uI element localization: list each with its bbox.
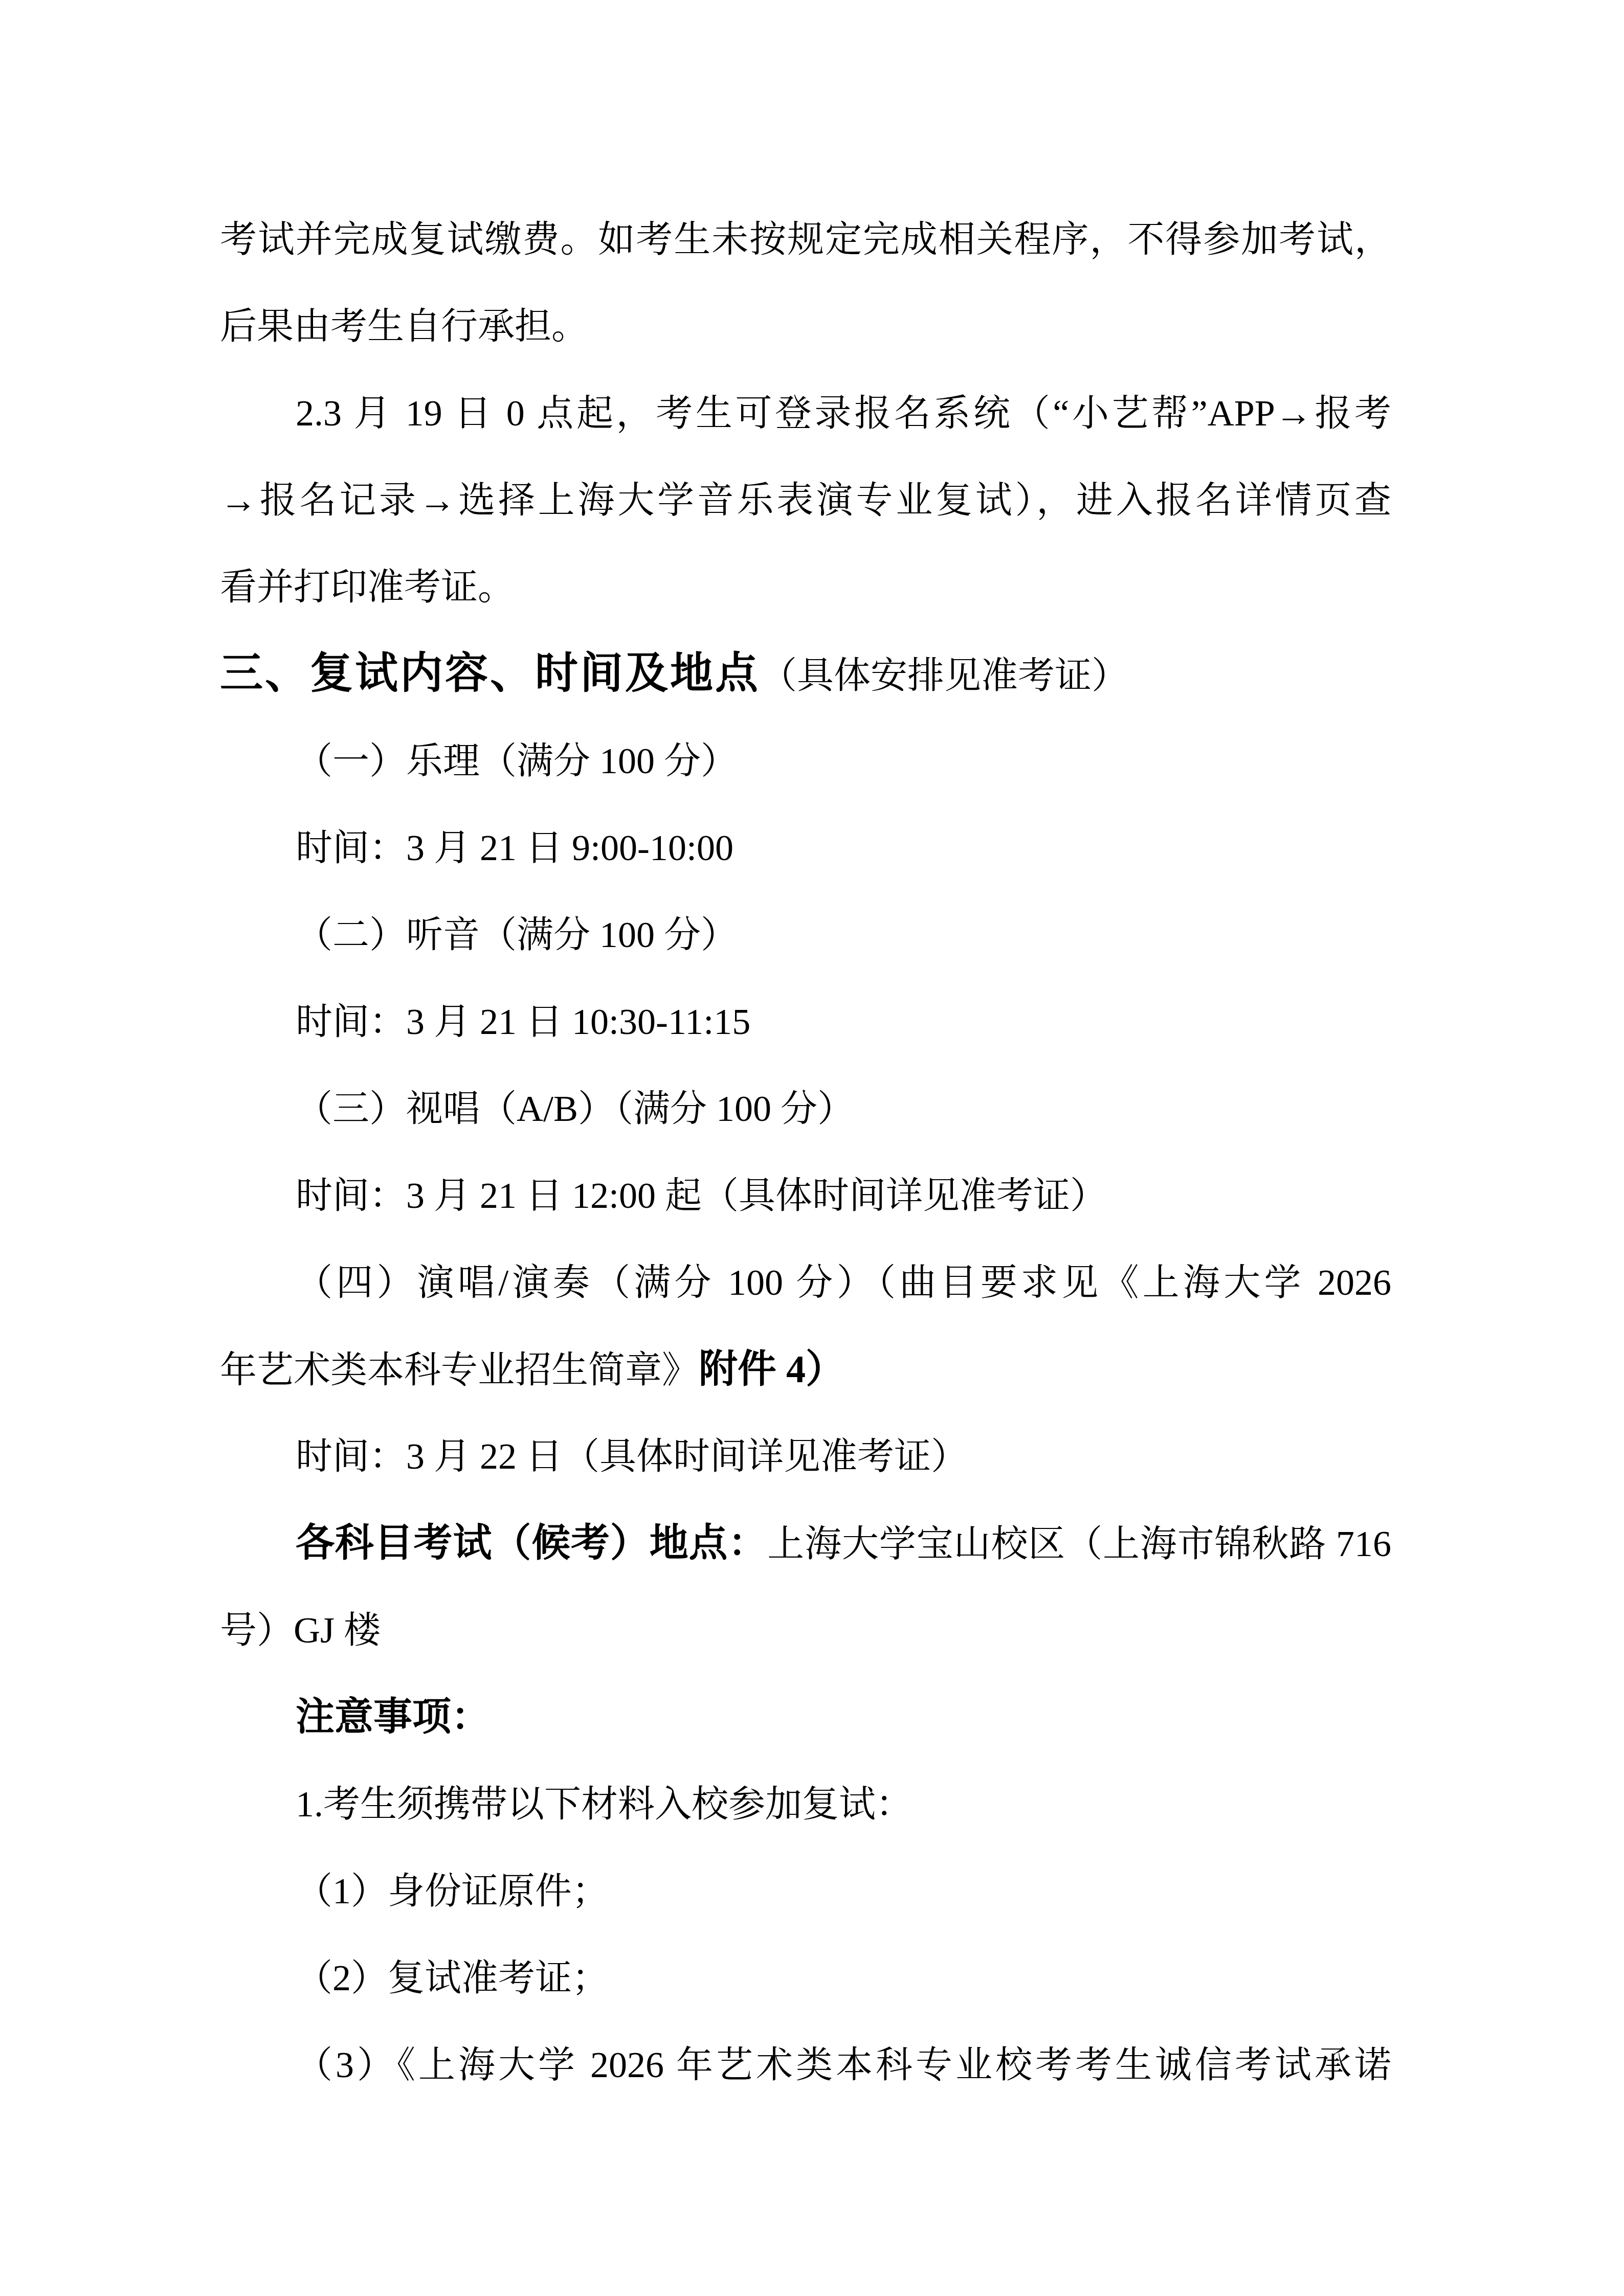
doc-line: 1.考生须携带以下材料入校参加复试： — [220, 1761, 1391, 1848]
doc-line: 各科目考试（候考）地点：上海大学宝山校区（上海市锦秋路 716 — [220, 1500, 1391, 1587]
doc-line: 时间：3 月 21 日 10:30-11:15 — [220, 978, 1391, 1065]
text-run: 1.考生须携带以下材料入校参加复试： — [296, 1784, 913, 1825]
attachment-ref: 附件 4） — [699, 1348, 844, 1391]
text-run: （四）演唱/演奏（满分 100 分）（曲目要求见《上海大学 2026 — [296, 1262, 1391, 1303]
section-heading: 三、复试内容、时间及地点 — [220, 650, 760, 697]
text-run: 看并打印准考证。 — [220, 567, 515, 607]
doc-line: （一）乐理（满分 100 分） — [220, 717, 1391, 804]
doc-line: 时间：3 月 21 日 12:00 起（具体时间详见准考证） — [220, 1152, 1391, 1239]
doc-line: 2.3 月 19 日 0 点起，考生可登录报名系统（“小艺帮”APP→报考 — [220, 370, 1391, 457]
doc-line: （1）身份证原件； — [220, 1848, 1391, 1934]
doc-line: 号）GJ 楼 — [220, 1587, 1391, 1674]
doc-line: （二）听音（满分 100 分） — [220, 891, 1391, 978]
exam-location-label: 各科目考试（候考）地点： — [296, 1522, 767, 1565]
doc-line: （三）视唱（A/B）（满分 100 分） — [220, 1065, 1391, 1152]
text-run: （三）视唱（A/B）（满分 100 分） — [296, 1088, 854, 1129]
document-body: 考试并完成复试缴费。如考生未按规定完成相关程序，不得参加考试， 后果由考生自行承… — [220, 196, 1391, 2108]
doc-line: 三、复试内容、时间及地点（具体安排见准考证） — [220, 631, 1391, 717]
text-run: 时间：3 月 21 日 12:00 起（具体时间详见准考证） — [296, 1175, 1107, 1216]
doc-line: 时间：3 月 22 日（具体时间详见准考证） — [220, 1413, 1391, 1500]
doc-line: （四）演唱/演奏（满分 100 分）（曲目要求见《上海大学 2026 — [220, 1239, 1391, 1326]
text-run: 时间：3 月 22 日（具体时间详见准考证） — [296, 1436, 968, 1477]
text-run: 上海大学宝山校区（上海市锦秋路 716 — [767, 1523, 1391, 1564]
doc-line: （2）复试准考证； — [220, 1934, 1391, 2021]
text-run: 年艺术类本科专业招生简章》 — [220, 1349, 699, 1390]
text-run: （1）身份证原件； — [296, 1871, 609, 1911]
doc-line: 考试并完成复试缴费。如考生未按规定完成相关程序，不得参加考试， — [220, 196, 1391, 283]
text-run: （2）复试准考证； — [296, 1957, 609, 1998]
text-run: 后果由考生自行承担。 — [220, 306, 588, 347]
text-run: →报名记录→选择上海大学音乐表演专业复试），进入报名详情页查 — [220, 480, 1391, 521]
text-run: （3）《上海大学 2026 年艺术类本科专业校考考生诚信考试承诺 — [296, 2044, 1391, 2085]
doc-line: 年艺术类本科专业招生简章》附件 4） — [220, 1326, 1391, 1413]
doc-line: （3）《上海大学 2026 年艺术类本科专业校考考生诚信考试承诺 — [220, 2021, 1391, 2108]
doc-line: 注意事项： — [220, 1674, 1391, 1761]
text-run: 考试并完成复试缴费。如考生未按规定完成相关程序，不得参加考试， — [220, 219, 1391, 260]
text-run: 2.3 月 19 日 0 点起，考生可登录报名系统（“小艺帮”APP→报考 — [296, 393, 1391, 434]
text-run: 时间：3 月 21 日 10:30-11:15 — [296, 1001, 750, 1042]
section-heading-note: （具体安排见准考证） — [760, 655, 1128, 696]
doc-line: 时间：3 月 21 日 9:00-10:00 — [220, 804, 1391, 891]
document-page: 考试并完成复试缴费。如考生未按规定完成相关程序，不得参加考试， 后果由考生自行承… — [0, 0, 1624, 2296]
doc-line: →报名记录→选择上海大学音乐表演专业复试），进入报名详情页查 — [220, 457, 1391, 544]
doc-line: 看并打印准考证。 — [220, 544, 1391, 631]
text-run: 时间：3 月 21 日 9:00-10:00 — [296, 827, 733, 868]
text-run: （一）乐理（满分 100 分） — [296, 740, 738, 781]
text-run: （二）听音（满分 100 分） — [296, 914, 738, 955]
notes-heading: 注意事项： — [296, 1696, 490, 1739]
doc-line: 后果由考生自行承担。 — [220, 283, 1391, 370]
text-run: 号）GJ 楼 — [220, 1610, 381, 1651]
